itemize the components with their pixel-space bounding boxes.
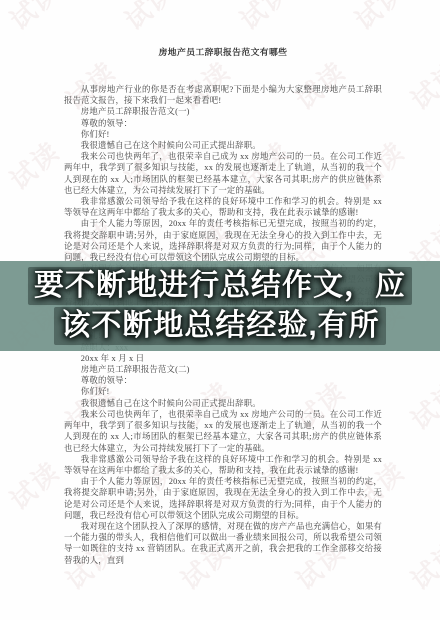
document-title: 房地产员工辞职报告范文有哪些 [64, 46, 382, 58]
watermark-stamp: 试读 [117, 0, 180, 38]
document-paragraph: 尊敬的领导： [64, 375, 382, 386]
document-paragraph: 由于个人能力等原因，20xx 年的责任考核指标已无望完成，按照当初的约定，我将提… [64, 218, 382, 263]
document-paragraph: 从事房地产行业的你是否在考虑离职呢?下面是小编为大家整理房地产员工辞职报告范文报… [64, 84, 382, 106]
document-paragraph: 我来公司也快两年了，也很荣幸自己成为 xx 房地产公司的一员。在公司工作近两年中… [64, 409, 382, 454]
watermark-stamp: 试读 [2, 451, 65, 519]
document-paragraph: 20xx 年 x 月 x 日 [64, 353, 382, 364]
document-paragraph: 房地产员工辞职报告范文(二) [64, 364, 382, 375]
watermark-stamp: 试读 [403, 51, 440, 119]
document-paragraph: 我很遗憾自己在这个时候向公司正式提出辞职。 [64, 140, 382, 151]
document-paragraph: 尊敬的领导： [64, 118, 382, 129]
caption-line-1: 要不断地进行总结作文，应 [28, 267, 412, 305]
watermark-stamp: 试读 [2, 0, 65, 38]
document-paragraph: 由于个人能力等原因，20xx 年的责任考核指标已无望完成，按照当初的约定，我将提… [64, 476, 382, 521]
watermark-stamp: 试读 [403, 531, 440, 599]
document-page: 试读试读试读试读试读试读试读试读试读试读试读试读试读试读试读试读试读试读试读试读… [0, 0, 440, 620]
document-paragraph: 我很遗憾自己在这个时候向公司正式提出辞职。 [64, 398, 382, 409]
document-paragraph: 我对现在这个团队投入了深厚的感情，对现在做的房产产品也充满信心，如果有一个能力强… [64, 521, 382, 566]
document-paragraph: 我非常感激公司领导给予我在这样的良好环境中工作和学习的机会。特别是 xx 等领导… [64, 196, 382, 218]
document-paragraph: 你们好! [64, 129, 382, 140]
caption-overlay-band: 要不断地进行总结作文，应 该不断地总结经验,有所 [0, 261, 440, 351]
document-paragraph: 我非常感激公司领导给予我在这样的良好环境中工作和学习的机会。特别是 xx 等领导… [64, 454, 382, 476]
watermark-stamp: 试读 [232, 0, 295, 38]
document-paragraph: 我来公司也快两年了，也很荣幸自己成为 xx 房地产公司的一员。在公司工作近两年中… [64, 151, 382, 196]
watermark-stamp: 试读 [347, 0, 410, 38]
watermark-stamp: 试读 [403, 371, 440, 439]
document-paragraph: 房地产员工辞职报告范文(一) [64, 106, 382, 117]
document-paragraph: 你们好! [64, 386, 382, 397]
watermark-stamp: 试读 [2, 131, 65, 199]
caption-line-2: 该不断地总结经验,有所 [54, 307, 385, 345]
